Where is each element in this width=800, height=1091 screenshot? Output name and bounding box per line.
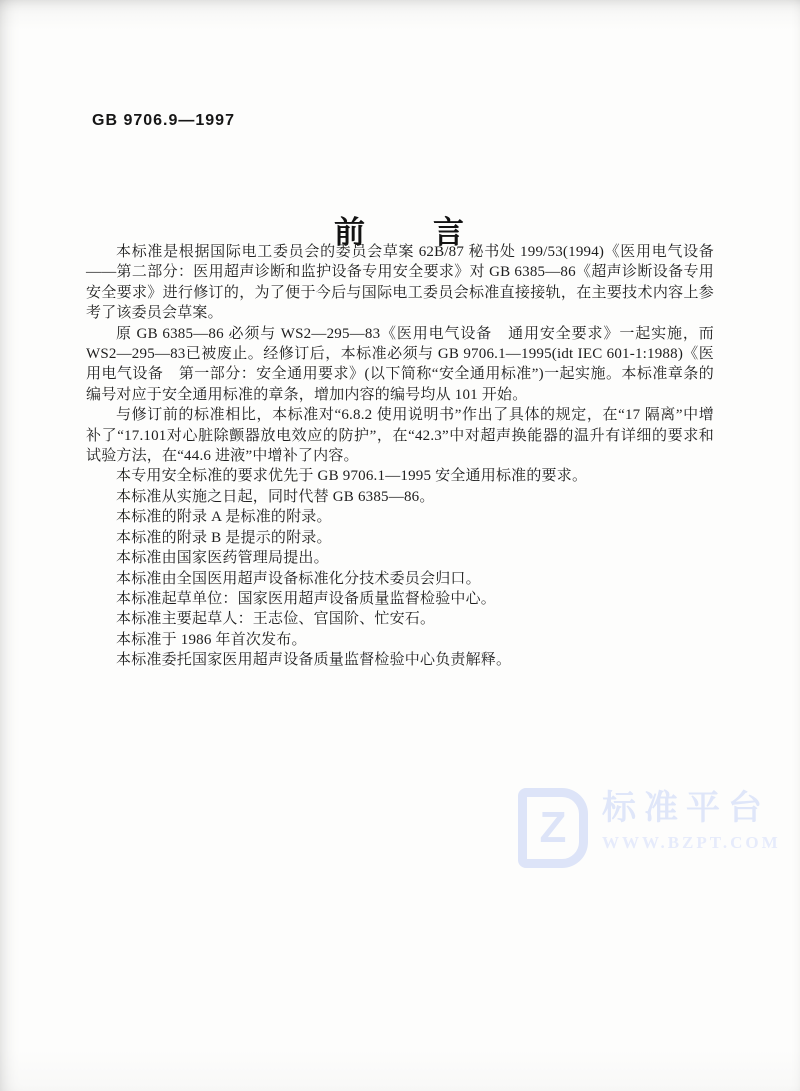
paragraph: 本标准是根据国际电工委员会的委员会草案 62B/87 秘书处 199/53(19… — [86, 242, 714, 324]
paragraph: 本标准的附录 B 是提示的附录。 — [86, 528, 714, 548]
standard-number: GB 9706.9—1997 — [92, 112, 235, 130]
paragraph: 本标准的附录 A 是标准的附录。 — [86, 507, 714, 527]
scanned-document-page: GB 9706.9—1997 前 言 本标准是根据国际电工委员会的委员会草案 6… — [0, 0, 800, 1091]
paragraph: 本标准主要起草人：王志俭、官国阶、忙安石。 — [86, 609, 714, 629]
paragraph: 本标准由国家医药管理局提出。 — [86, 548, 714, 568]
paragraph: 本标准从实施之日起，同时代替 GB 6385—86。 — [86, 487, 714, 507]
paragraph: 本标准由全国医用超声设备标准化分技术委员会归口。 — [86, 569, 714, 589]
site-watermark: Z 标准平台 WWW.BZPT.COM — [518, 788, 781, 868]
paragraph: 原 GB 6385—86 必须与 WS2—295—83《医用电气设备 通用安全要… — [86, 324, 714, 406]
paragraph: 本标准于 1986 年首次发布。 — [86, 630, 714, 650]
watermark-url: WWW.BZPT.COM — [602, 833, 781, 853]
paragraph: 与修订前的标准相比，本标准对“6.8.2 使用说明书”作出了具体的规定，在“17… — [86, 405, 714, 466]
watermark-text-block: 标准平台 WWW.BZPT.COM — [602, 788, 781, 853]
bzpt-logo-icon: Z — [518, 788, 588, 868]
paragraph: 本标准起草单位：国家医用超声设备质量监督检验中心。 — [86, 589, 714, 609]
watermark-brand: 标准平台 — [602, 790, 781, 827]
paragraph: 本标准委托国家医用超声设备质量监督检验中心负责解释。 — [86, 650, 714, 670]
document-body: 本标准是根据国际电工委员会的委员会草案 62B/87 秘书处 199/53(19… — [86, 242, 714, 671]
paragraph: 本专用安全标准的要求优先于 GB 9706.1—1995 安全通用标准的要求。 — [86, 466, 714, 486]
